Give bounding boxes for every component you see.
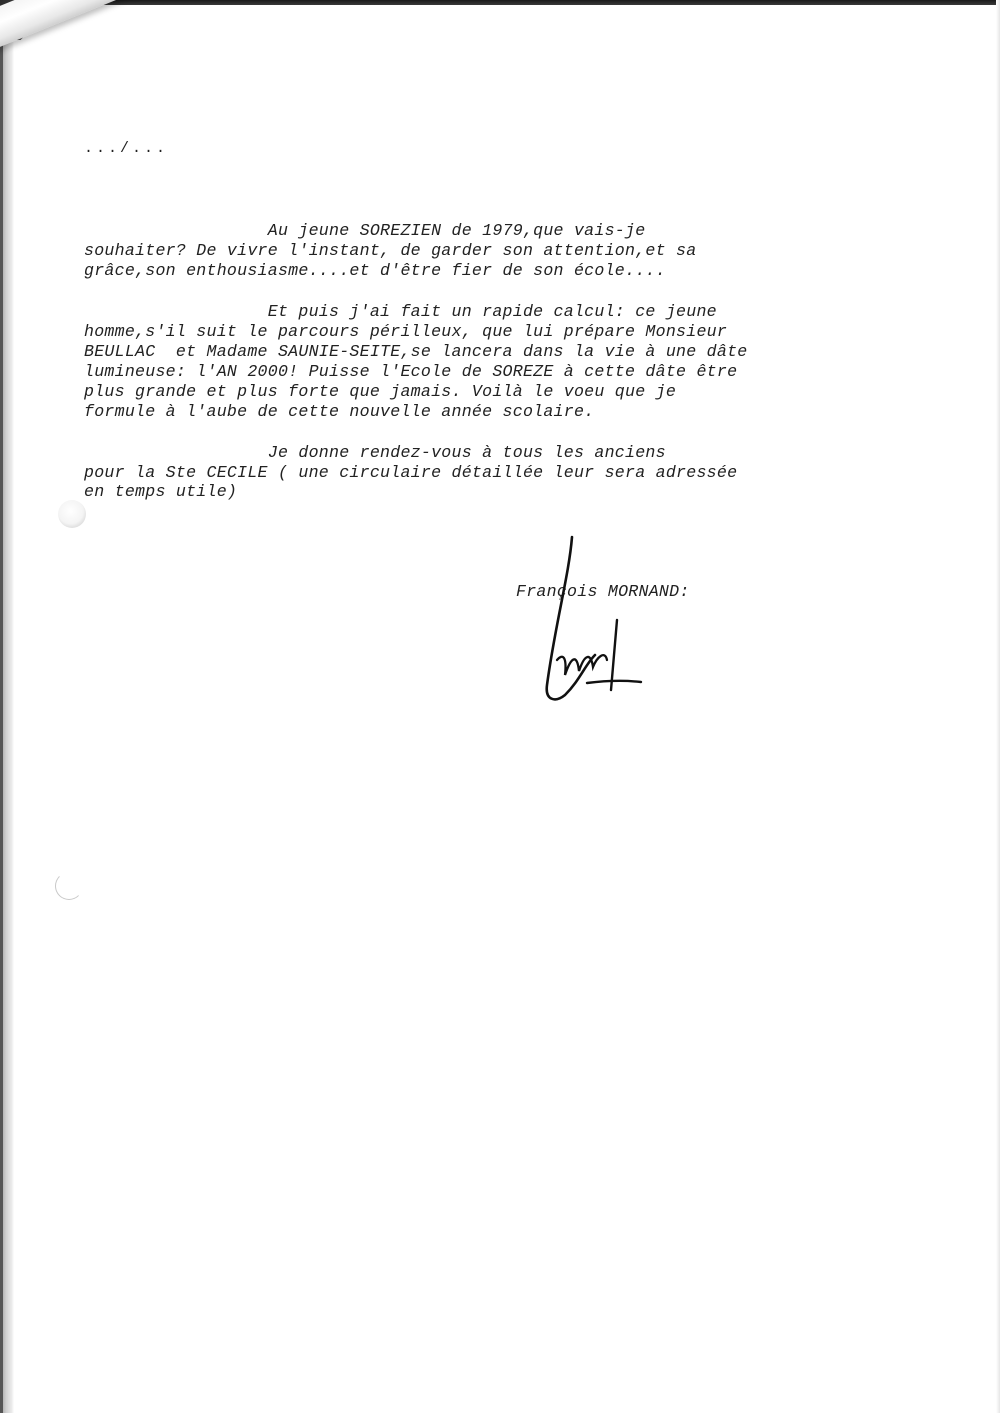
paragraph-1-line-3: grâce,son enthousiasme....et d'être fier… [84, 261, 666, 281]
letter-page: .../... Au jeune SOREZIEN de 1979,que va… [0, 0, 1000, 1413]
handwritten-signature-icon [535, 535, 655, 710]
paragraph-3-line-1: Je donne rendez-vous à tous les anciens [84, 443, 666, 463]
paragraph-2-line-4: lumineuse: l'AN 2000! Puisse l'Ecole de … [84, 362, 737, 382]
continuation-mark: .../... [84, 139, 168, 159]
paragraph-2-line-1: Et puis j'ai fait un rapide calcul: ce j… [84, 302, 717, 322]
paragraph-2-line-6: formule à l'aube de cette nouvelle année… [84, 402, 594, 422]
paragraph-2-line-2: homme,s'il suit le parcours périlleux, q… [84, 322, 727, 342]
paragraph-3-line-2: pour la Ste CECILE ( une circulaire déta… [84, 463, 737, 483]
paragraph-1-line-1: Au jeune SOREZIEN de 1979,que vais-je [84, 221, 645, 241]
paragraph-2-line-3: BEULLAC et Madame SAUNIE-SEITE,se lancer… [84, 342, 748, 362]
paragraph-2-line-5: plus grande et plus forte que jamais. Vo… [84, 382, 676, 402]
paragraph-1-line-2: souhaiter? De vivre l'instant, de garder… [84, 241, 696, 261]
paragraph-3-line-3: en temps utile) [84, 482, 237, 502]
